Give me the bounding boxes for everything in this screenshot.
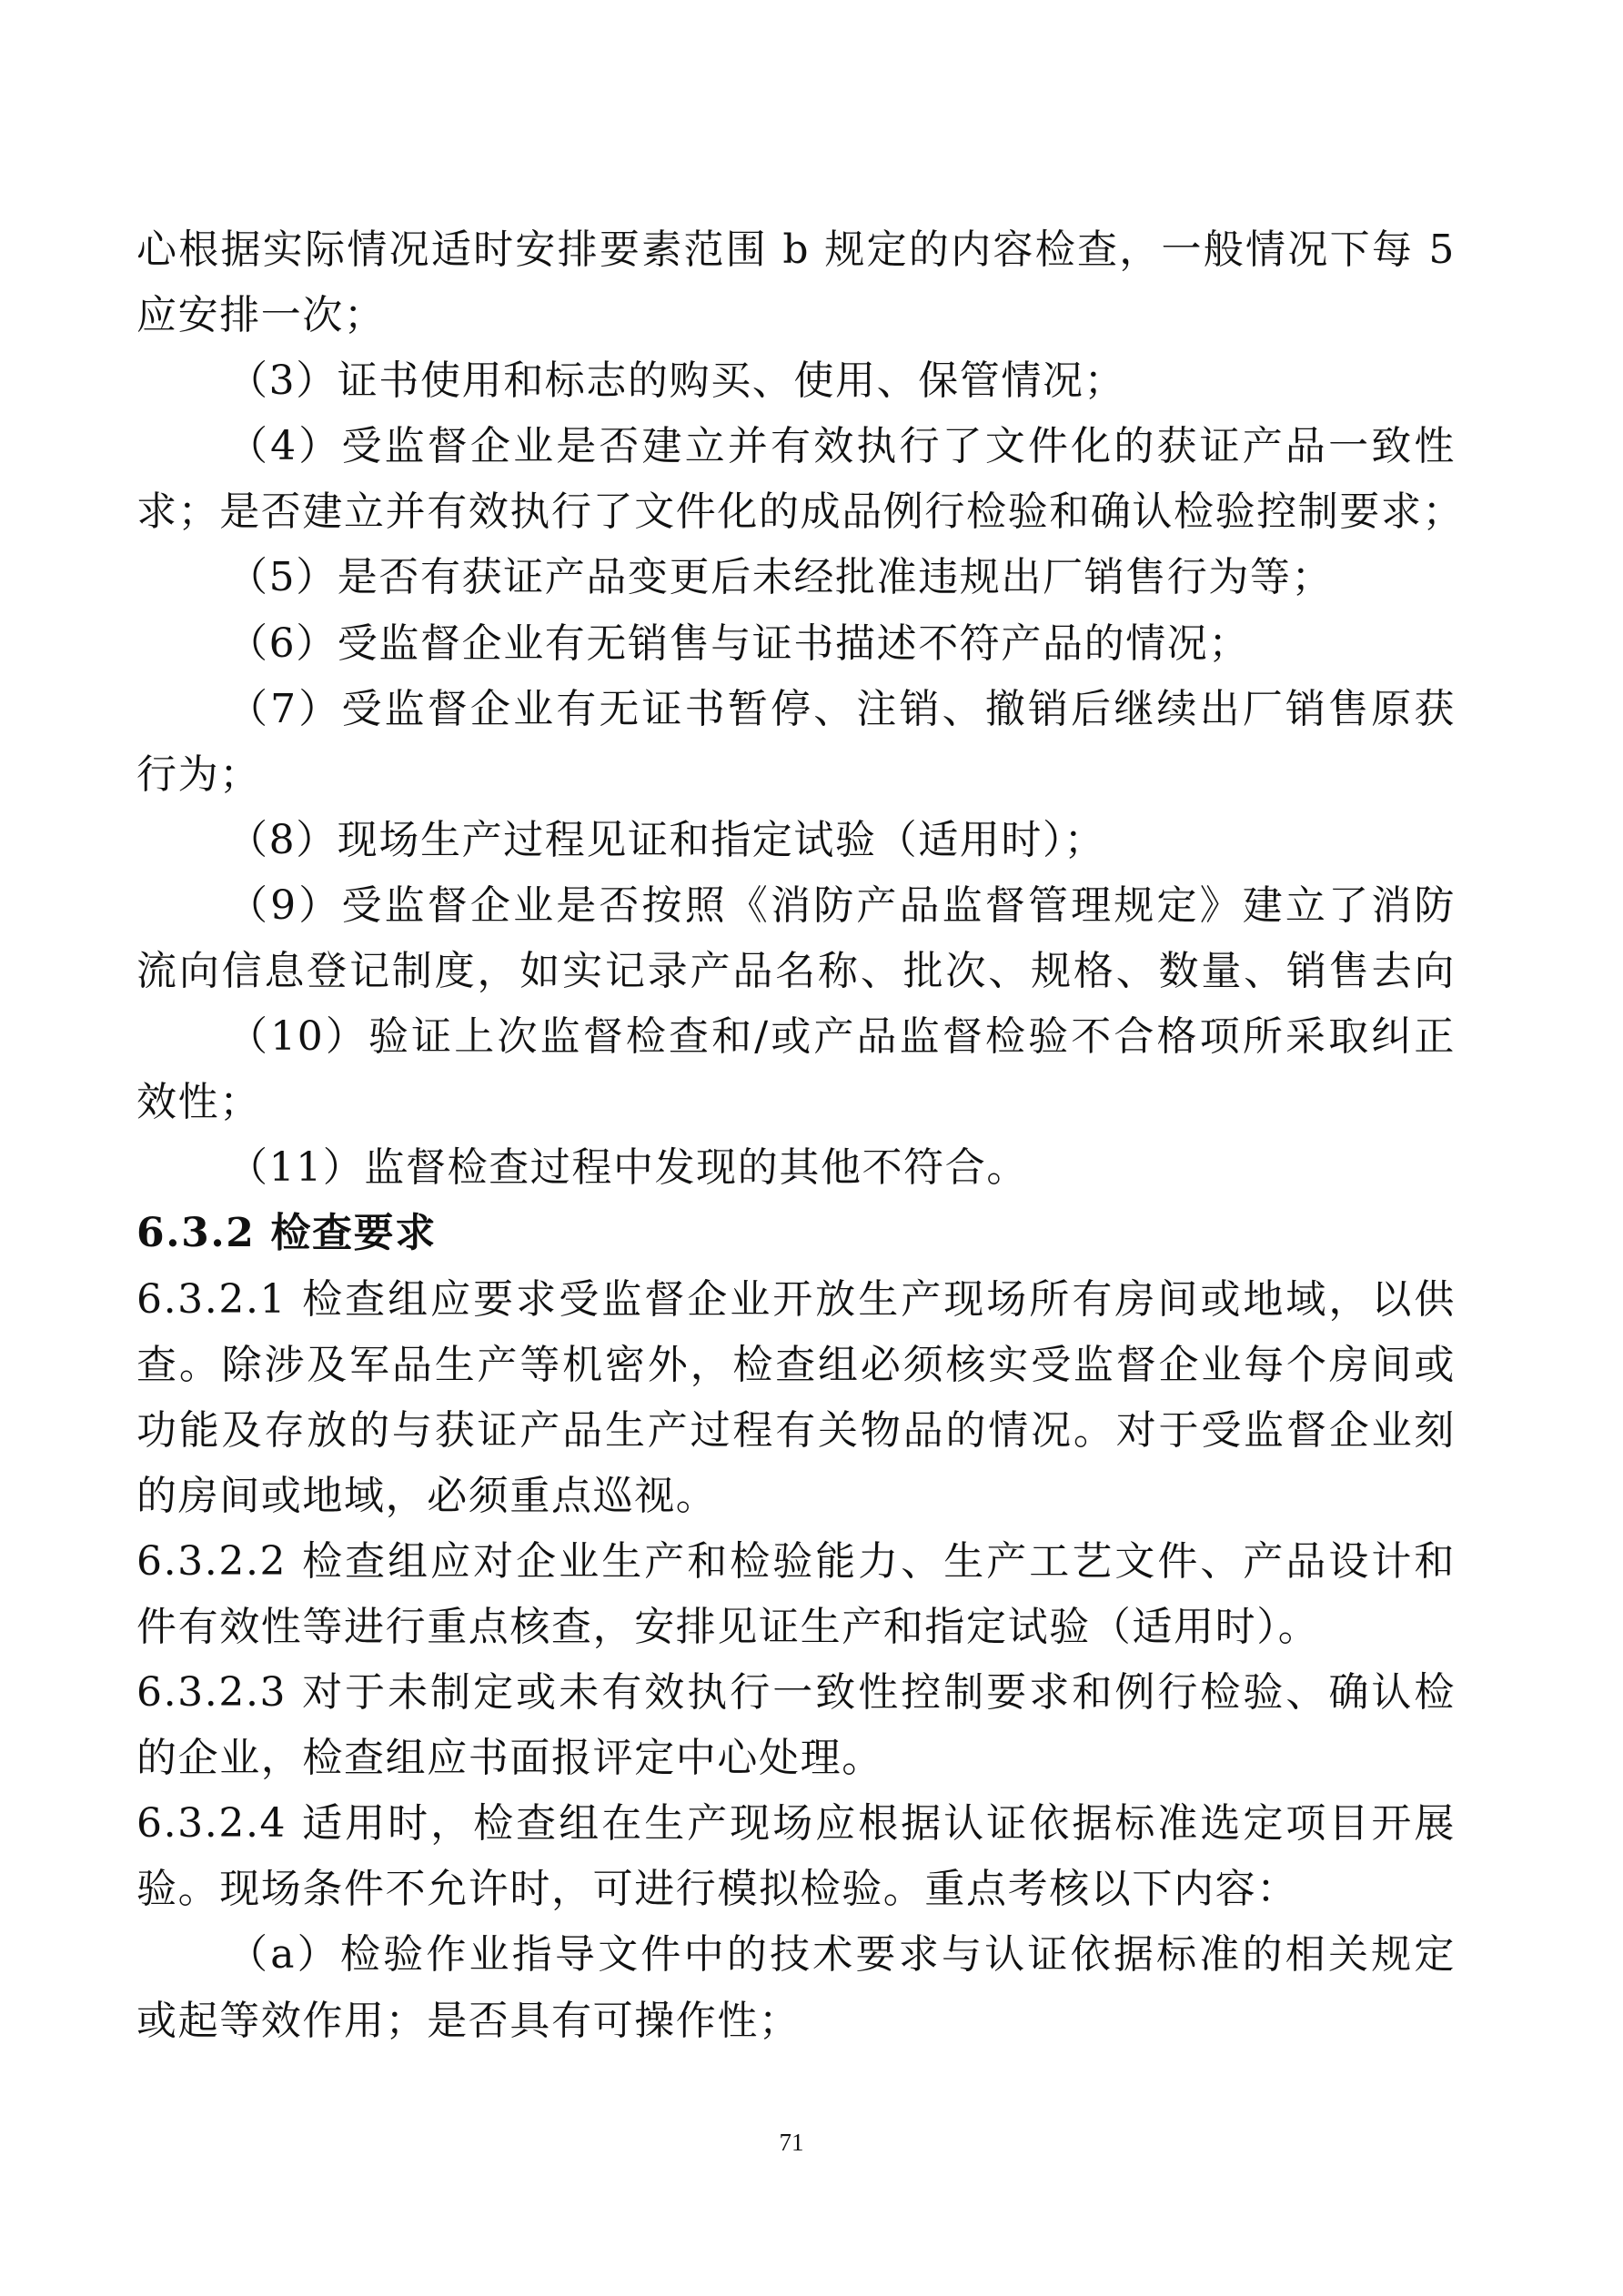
paragraph-line: 心根据实际情况适时安排要素范围 b 规定的内容检查，一般情况下每 5 年至少 — [136, 217, 1456, 283]
clause-6-3-2-1-continued: 查。除涉及军品生产等机密外，检查组必须核实受监督企业每个房间或地域的 — [136, 1333, 1456, 1398]
clause-6-3-2-3: 6.3.2.3 对于未制定或未有效执行一致性控制要求和例行检验、确认检验要求 — [136, 1660, 1456, 1726]
clause-6-3-2-3-continued: 的企业，检查组应书面报评定中心处理。 — [136, 1726, 1456, 1791]
list-item-10: （10）验证上次监督检查和/或产品监督检验不合格项所采取纠正措施的有 — [136, 1004, 1456, 1070]
list-item-3: （3）证书使用和标志的购买、使用、保管情况； — [136, 348, 1456, 414]
list-item-11: （11）监督检查过程中发现的其他不符合。 — [136, 1135, 1456, 1201]
paragraph-line: 应安排一次； — [136, 283, 1456, 348]
list-item-5: （5）是否有获证产品变更后未经批准违规出厂销售行为等； — [136, 545, 1456, 610]
clause-6-3-2-1-continued: 的房间或地域，必须重点巡视。 — [136, 1464, 1456, 1529]
document-body: 心根据实际情况适时安排要素范围 b 规定的内容检查，一般情况下每 5 年至少 应… — [136, 217, 1456, 2054]
list-item-7: （7）受监督企业有无证书暂停、注销、撤销后继续出厂销售原获证产品的 — [136, 677, 1456, 742]
clause-6-3-2-2: 6.3.2.2 检查组应对企业生产和检验能力、生产工艺文件、产品设计和采购文 — [136, 1529, 1456, 1595]
list-item-4: （4）受监督企业是否建立并有效执行了文件化的获证产品一致性控制要 — [136, 414, 1456, 479]
list-item-6: （6）受监督企业有无销售与证书描述不符产品的情况； — [136, 611, 1456, 677]
list-item-4-continued: 求；是否建立并有效执行了文件化的成品例行检验和确认检验控制要求； — [136, 479, 1456, 545]
sub-item-a-continued: 或起等效作用；是否具有可操作性； — [136, 1989, 1456, 2054]
clause-6-3-2-4-continued: 验。现场条件不允许时，可进行模拟检验。重点考核以下内容： — [136, 1857, 1456, 1922]
list-item-8: （8）现场生产过程见证和指定试验（适用时）； — [136, 808, 1456, 873]
list-item-10-continued: 效性； — [136, 1070, 1456, 1135]
list-item-7-continued: 行为； — [136, 742, 1456, 808]
document-page: 心根据实际情况适时安排要素范围 b 规定的内容检查，一般情况下每 5 年至少 应… — [0, 0, 1623, 2296]
list-item-9: （9）受监督企业是否按照《消防产品监督管理规定》建立了消防产品销售 — [136, 873, 1456, 939]
section-heading-6-3-2: 6.3.2 检查要求 — [136, 1201, 1456, 1266]
sub-item-a: （a）检验作业指导文件中的技术要求与认证依据标准的相关规定是否一致 — [136, 1922, 1456, 1988]
clause-6-3-2-4: 6.3.2.4 适用时，检查组在生产现场应根据认证依据标准选定项目开展指定试 — [136, 1791, 1456, 1857]
clause-6-3-2-2-continued: 件有效性等进行重点核查，安排见证生产和指定试验（适用时）。 — [136, 1595, 1456, 1660]
clause-6-3-2-1-continued: 功能及存放的与获证产品生产过程有关物品的情况。对于受监督企业刻意隐瞒 — [136, 1398, 1456, 1464]
list-item-9-continued: 流向信息登记制度，如实记录产品名称、批次、规格、数量、销售去向等内容； — [136, 939, 1456, 1004]
clause-6-3-2-1: 6.3.2.1 检查组应要求受监督企业开放生产现场所有房间或地域，以供监督检 — [136, 1267, 1456, 1333]
page-number: 71 — [0, 2129, 1583, 2157]
